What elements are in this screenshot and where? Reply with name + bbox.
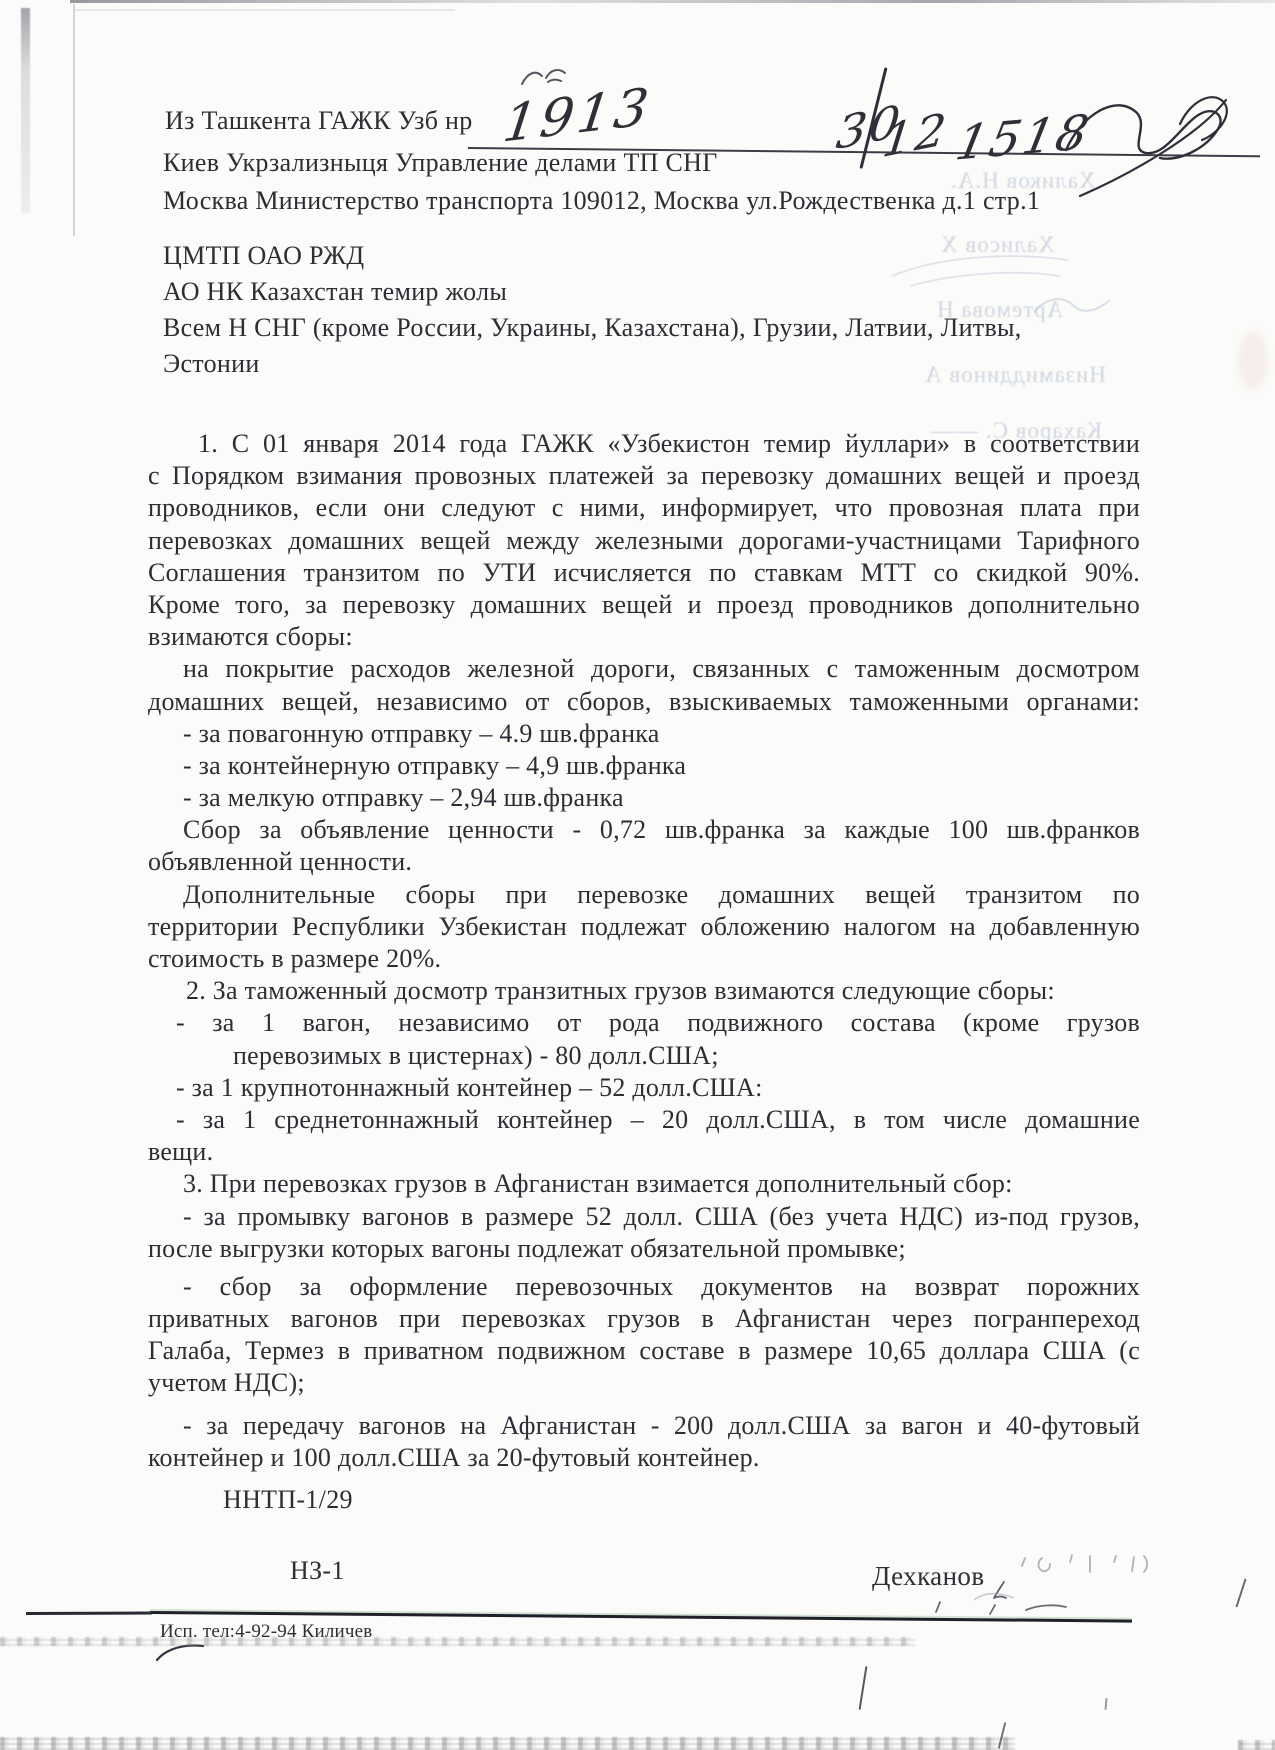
doc-line: перевозках домашних вещей между железным… [148,525,1140,557]
doc-line: на покрытие расходов железной дороги, св… [148,653,1140,685]
doc-line: Дополнительные сборы при перевозке домаш… [148,879,1140,911]
doc-line: проводников, если они следуют с ними, ин… [148,492,1140,524]
addressee-line: Киев Укрзализныця Управление делами ТП С… [163,144,1040,182]
reference-number: ННТП-1/29 [223,1485,353,1515]
scan-band-upper [0,1637,915,1646]
doc-line: - за 1 крупнотоннажный контейнер – 52 до… [148,1072,1140,1104]
bleedthrough-name: Халиков Н.А. [950,168,1096,194]
doc-line: вещи. [148,1136,1140,1168]
document-body: 1. С 01 января 2014 года ГАЖК «Узбекисто… [148,428,1140,1474]
doc-line: учетом НДС); [148,1367,1140,1399]
doc-line: - за 1 вагон, независимо от рода подвижн… [148,1007,1140,1039]
bleedthrough-smudge [1238,332,1268,390]
pen-ticks-on-line [930,1598,1070,1618]
doc-line: - за передачу вагонов на Афганистан - 20… [148,1410,1140,1442]
stray-pen-slash-1 [859,1666,868,1710]
doc-line: - сбор за оформление перевозочных докуме… [148,1271,1140,1303]
doc-line: перевозимых в цистернах) - 80 долл.США; [148,1040,1140,1072]
stray-pen-dot [1104,1698,1107,1710]
scan-left-paper-edge [73,4,75,236]
bleedthrough-signature-artemova [1030,292,1115,322]
doc-line: контейнер и 100 долл.США за 20-футовый к… [148,1442,1140,1474]
doc-line: 1. С 01 января 2014 года ГАЖК «Узбекисто… [148,428,1140,460]
doc-line: Галаба, Термез в приватном подвижном сос… [148,1335,1140,1367]
scan-left-streak [21,8,30,213]
doc-line: приватных вагонов при перевозках грузов … [148,1303,1140,1335]
addressee-list: Киев Укрзализныця Управление делами ТП С… [163,144,1040,220]
signer-name: Дехканов [872,1561,984,1592]
footer-separator-line-left [26,1612,152,1615]
doc-line: - за промывку вагонов в размере 52 долл.… [148,1201,1140,1233]
doc-line: 2. За таможенный досмотр транзитных груз… [148,975,1140,1007]
bleedthrough-arcs [890,246,1070,291]
doc-line: территории Республики Узбекистан подлежа… [148,911,1140,943]
recipient-line: Эстонии [163,346,1022,382]
doc-line: - за контейнерную отправку – 4,9 шв.фран… [148,750,1140,782]
doc-line: Сбор за объявление ценности - 0,72 шв.фр… [148,814,1140,846]
doc-line: Соглашения транзитом по УТИ исчисляется … [148,557,1140,589]
signature-code: НЗ-1 [290,1556,345,1586]
faint-pen-marks [1018,1552,1153,1584]
doc-line: 3. При перевозках грузов в Афганистан вз… [148,1168,1140,1200]
addressee-line: Москва Министерство транспорта 109012, М… [163,182,1040,220]
recipient-line: Всем Н СНГ (кроме России, Украины, Казах… [163,310,1022,346]
origin-line: Из Ташкента ГАЖК Узб нр [165,106,473,136]
doc-line: - за мелкую отправку – 2,94 шв.франка [148,782,1140,814]
doc-line: объявленной ценности. [148,846,1140,878]
doc-line: с Порядком взимания провозных платежей з… [148,460,1140,492]
scanned-telegram-page: Из Ташкента ГАЖК Узб нр 1913 30 12 1518 … [0,0,1275,1750]
scan-band-bottom [0,1737,1015,1750]
scan-top-faint-line [75,9,455,11]
doc-line: взимаются сборы: [148,621,1140,653]
doc-line: после выгрузки которых вагоны подлежат о… [148,1233,1140,1265]
doc-line: стоимость в размере 20%. [148,943,1140,975]
doc-line: - за повагонную отправку – 4.9 шв.франка [148,718,1140,750]
doc-line: - за 1 среднетоннажный контейнер – 20 до… [148,1104,1140,1136]
stray-pen-slash-3 [1235,1578,1246,1607]
bleedthrough-name: Низамиддинов А [924,362,1106,388]
doc-line: Кроме того, за перевозку домашних вещей … [148,589,1140,621]
doc-line: домашних вещей, независимо от сборов, вз… [148,686,1140,718]
scan-band-bottom-right [1238,1740,1275,1750]
scan-top-edge [70,0,1275,3]
